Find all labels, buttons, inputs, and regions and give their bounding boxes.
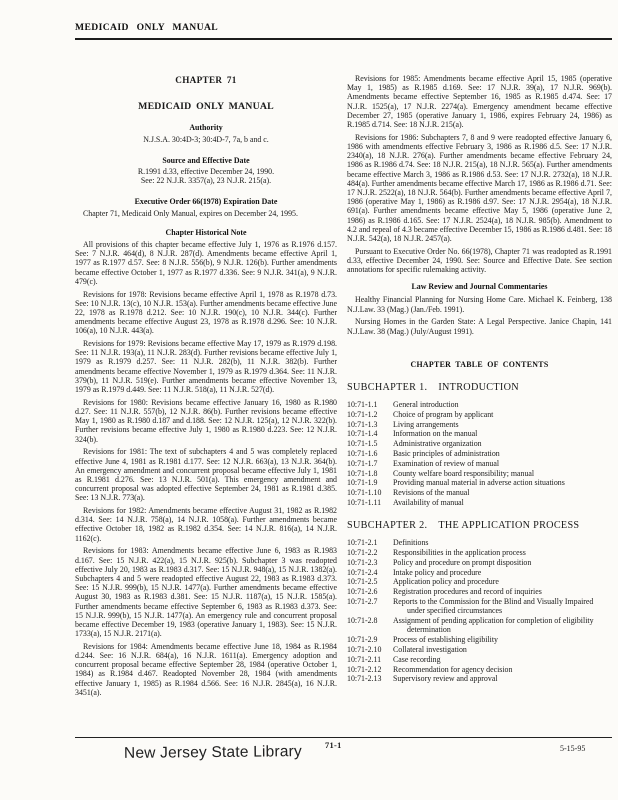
page-header: MEDICAID ONLY MANUAL — [75, 22, 612, 40]
toc-section-title: Living arrangements — [393, 420, 612, 429]
toc-section-title: Revisions of the manual — [393, 488, 612, 497]
toc-section-title: Reports to the Commission for the Blind … — [393, 597, 612, 616]
expiration-paragraph: Chapter 71, Medicaid Only Manual, expire… — [75, 209, 337, 218]
footer-date: 5-15-95 — [560, 744, 585, 753]
historical-paragraph: Revisions for 1980: Revisions became eff… — [75, 398, 337, 444]
law-review-items: Healthy Financial Planning for Nursing H… — [347, 295, 612, 335]
historical-paragraphs: All provisions of this chapter became ef… — [75, 240, 337, 697]
toc-entry: 10:71-2.10 Collateral investigation — [347, 645, 612, 654]
source-heading: Source and Effective Date — [75, 156, 337, 165]
toc-section-number: 10:71-1.1 — [347, 400, 393, 409]
toc-entry: 10:71-2.1 Definitions — [347, 538, 612, 547]
toc-section-number: 10:71-1.3 — [347, 420, 393, 429]
expiration-heading: Executive Order 66(1978) Expiration Date — [75, 197, 337, 206]
law-review-heading: Law Review and Journal Commentaries — [347, 282, 612, 291]
toc-entry: 10:71-2.13 Supervisory review and approv… — [347, 674, 612, 683]
toc-section-title: Policy and procedure on prompt dispositi… — [393, 558, 612, 567]
toc-section-title: Basic principles of administration — [393, 449, 612, 458]
toc-entry: 10:71-2.3 Policy and procedure on prompt… — [347, 558, 612, 567]
historical-paragraph: All provisions of this chapter became ef… — [75, 240, 337, 286]
toc-entry: 10:71-2.8 Assignment of pending applicat… — [347, 616, 612, 635]
toc-section-number: 10:71-1.2 — [347, 410, 393, 419]
toc-entry: 10:71-1.4 Information on the manual — [347, 429, 612, 438]
revisions-paragraph: Pursuant to Executive Order No. 66(1978)… — [347, 247, 612, 275]
toc-entry: 10:71-1.1 General introduction — [347, 400, 612, 409]
toc-section-number: 10:71-2.13 — [347, 674, 393, 683]
source-lines: R.1991 d.33, effective December 24, 1990… — [75, 167, 337, 185]
toc-section-number: 10:71-2.4 — [347, 568, 393, 577]
page-number: 71-1 — [325, 741, 342, 750]
chapter-number: CHAPTER 71 — [75, 76, 337, 85]
toc-section-number: 10:71-1.7 — [347, 459, 393, 468]
revisions-paragraphs: Revisions for 1985: Amendments became ef… — [347, 74, 612, 274]
subchapter-1-name: INTRODUCTION — [438, 382, 519, 393]
footer-rule — [75, 737, 612, 738]
toc-entry: 10:71-2.11 Case recording — [347, 655, 612, 664]
source-line: See: 22 N.J.R. 3357(a), 23 N.J.R. 215(a)… — [75, 176, 337, 185]
toc-section-number: 10:71-2.11 — [347, 655, 393, 664]
toc-entry: 10:71-1.6 Basic principles of administra… — [347, 449, 612, 458]
historical-paragraph: Revisions for 1979: Revisions became eff… — [75, 339, 337, 394]
toc-section-number: 10:71-1.9 — [347, 478, 393, 487]
toc-section-title: Examination of review of manual — [393, 459, 612, 468]
toc-section-number: 10:71-2.1 — [347, 538, 393, 547]
toc-section-title: Intake policy and procedure — [393, 568, 612, 577]
toc-entry: 10:71-1.3 Living arrangements — [347, 420, 612, 429]
toc-section-title: Information on the manual — [393, 429, 612, 438]
toc-section-title: Collateral investigation — [393, 645, 612, 654]
document-page: MEDICAID ONLY MANUAL CHAPTER 71 MEDICAID… — [0, 0, 618, 800]
subchapter-1-entries: 10:71-1.1 General introduction 10:71-1.2… — [347, 400, 612, 507]
toc-entry: 10:71-2.2 Responsibilities in the applic… — [347, 548, 612, 557]
toc-entry: 10:71-2.6 Registration procedures and re… — [347, 587, 612, 596]
toc-section-number: 10:71-2.7 — [347, 597, 393, 616]
toc-entry: 10:71-2.5 Application policy and procedu… — [347, 577, 612, 586]
toc-heading: CHAPTER TABLE OF CONTENTS — [347, 360, 612, 369]
historical-paragraph: Revisions for 1984: Amendments became ef… — [75, 642, 337, 697]
subchapter-2-heading: SUBCHAPTER 2.THE APPLICATION PROCESS — [347, 520, 612, 531]
header-title: MEDICAID ONLY MANUAL — [75, 22, 612, 33]
revisions-paragraph: Revisions for 1985: Amendments became ef… — [347, 74, 612, 129]
toc-section-title: Recommendation for agency decision — [393, 665, 612, 674]
library-stamp: New Jersey State Library — [124, 743, 302, 763]
authority-heading: Authority — [75, 123, 337, 132]
toc-section-number: 10:71-1.5 — [347, 439, 393, 448]
chapter-title: MEDICAID ONLY MANUAL — [75, 102, 337, 111]
toc-section-title: Supervisory review and approval — [393, 674, 612, 683]
toc-section-title: Definitions — [393, 538, 612, 547]
toc-section-title: County welfare board responsibility; man… — [393, 469, 612, 478]
right-column: Revisions for 1985: Amendments became ef… — [347, 50, 612, 684]
toc-section-number: 10:71-2.9 — [347, 635, 393, 644]
toc-section-title: Availability of manual — [393, 498, 612, 507]
toc-entry: 10:71-1.5 Administrative organization — [347, 439, 612, 448]
toc-entry: 10:71-1.8 County welfare board responsib… — [347, 469, 612, 478]
toc-section-number: 10:71-2.3 — [347, 558, 393, 567]
left-column: CHAPTER 71 MEDICAID ONLY MANUAL Authorit… — [75, 50, 337, 701]
toc-entry: 10:71-2.9 Process of establishing eligib… — [347, 635, 612, 644]
toc-section-number: 10:71-2.12 — [347, 665, 393, 674]
toc-section-title: Administrative organization — [393, 439, 612, 448]
toc-section-number: 10:71-2.5 — [347, 577, 393, 586]
toc-entry: 10:71-1.9 Providing manual material in a… — [347, 478, 612, 487]
toc-section-title: General introduction — [393, 400, 612, 409]
toc-entry: 10:71-1.10 Revisions of the manual — [347, 488, 612, 497]
subchapter-2-name: THE APPLICATION PROCESS — [438, 520, 579, 531]
law-review-item: Nursing Homes in the Garden State: A Leg… — [347, 317, 612, 335]
toc-section-number: 10:71-1.11 — [347, 498, 393, 507]
toc-section-title: Assignment of pending application for co… — [393, 616, 612, 635]
law-review-item: Healthy Financial Planning for Nursing H… — [347, 295, 612, 313]
historical-note-heading: Chapter Historical Note — [75, 228, 337, 237]
toc-section-title: Case recording — [393, 655, 612, 664]
source-line: R.1991 d.33, effective December 24, 1990… — [75, 167, 337, 176]
toc-entry: 10:71-2.12 Recommendation for agency dec… — [347, 665, 612, 674]
subchapter-1-heading: SUBCHAPTER 1.INTRODUCTION — [347, 382, 612, 393]
historical-paragraph: Revisions for 1983: Amendments became ef… — [75, 546, 337, 638]
toc-section-title: Registration procedures and record of in… — [393, 587, 612, 596]
toc-section-number: 10:71-1.10 — [347, 488, 393, 497]
toc-section-number: 10:71-2.10 — [347, 645, 393, 654]
toc-section-number: 10:71-1.8 — [347, 469, 393, 478]
toc-entry: 10:71-2.7 Reports to the Commission for … — [347, 597, 612, 616]
historical-paragraph: Revisions for 1982: Amendments became ef… — [75, 506, 337, 543]
toc-section-title: Choice of program by applicant — [393, 410, 612, 419]
toc-section-title: Providing manual material in adverse act… — [393, 478, 612, 487]
toc-section-number: 10:71-2.6 — [347, 587, 393, 596]
historical-paragraph: Revisions for 1978: Revisions became eff… — [75, 290, 337, 336]
subchapter-2-entries: 10:71-2.1 Definitions 10:71-2.2 Responsi… — [347, 538, 612, 683]
subchapter-2-label: SUBCHAPTER 2. — [347, 520, 427, 531]
toc-section-number: 10:71-1.4 — [347, 429, 393, 438]
toc-section-number: 10:71-1.6 — [347, 449, 393, 458]
content-columns: CHAPTER 71 MEDICAID ONLY MANUAL Authorit… — [75, 50, 612, 701]
toc-entry: 10:71-1.7 Examination of review of manua… — [347, 459, 612, 468]
revisions-paragraph: Revisions for 1986: Subchapters 7, 8 and… — [347, 133, 612, 243]
toc-section-title: Process of establishing eligibility — [393, 635, 612, 644]
toc-section-title: Responsibilities in the application proc… — [393, 548, 612, 557]
toc-entry: 10:71-1.11 Availability of manual — [347, 498, 612, 507]
authority-text: N.J.S.A. 30:4D-3; 30:4D-7, 7a, b and c. — [75, 135, 337, 144]
toc-section-number: 10:71-2.2 — [347, 548, 393, 557]
historical-paragraph: Revisions for 1981: The text of subchapt… — [75, 447, 337, 502]
toc-entry: 10:71-1.2 Choice of program by applicant — [347, 410, 612, 419]
toc-section-title: Application policy and procedure — [393, 577, 612, 586]
toc-section-number: 10:71-2.8 — [347, 616, 393, 635]
toc-entry: 10:71-2.4 Intake policy and procedure — [347, 568, 612, 577]
subchapter-1-label: SUBCHAPTER 1. — [347, 382, 427, 393]
